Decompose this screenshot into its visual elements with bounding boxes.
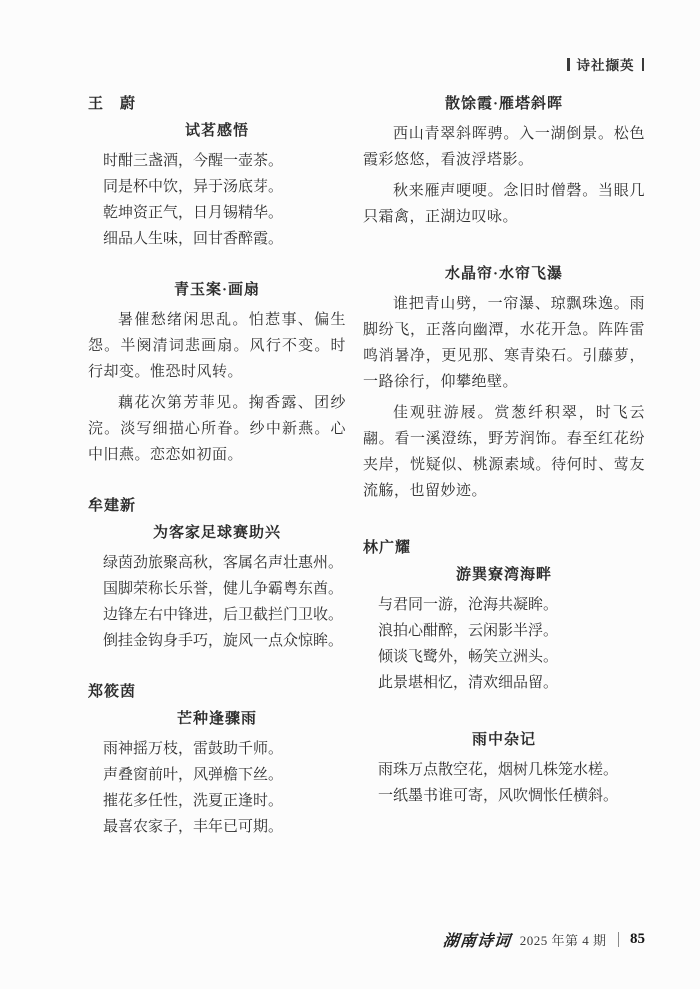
poem-line: 一纸墨书谁可寄，风吹惆怅任横斜。 xyxy=(363,783,645,809)
poem-title: 游巽寮湾海畔 xyxy=(363,563,645,584)
page-number: 85 xyxy=(630,931,645,948)
poem-title: 青玉案·画扇 xyxy=(88,278,346,299)
poem-san-yu-xia: 散馀霞·雁塔斜晖 西山青翠斜晖骋。入一湖倒景。松色霞彩悠悠，看波浮塔影。 秋来雁… xyxy=(363,92,645,230)
author-name-lin-guangyao: 林广耀 xyxy=(363,536,645,557)
poem-line: 倒挂金钩身手巧，旋风一点众惊眸。 xyxy=(88,628,346,654)
poem-line: 倾谈飞鹭外，畅笑立洲头。 xyxy=(363,644,645,670)
ci-paragraph: 暑催愁绪闲思乱。怕惹事、偏生怨。半阕清词悲画扇。风行不变。时行却变。惟恐时风转。 xyxy=(88,307,346,385)
poem-title: 雨中杂记 xyxy=(363,728,645,749)
page-content: 王 蔚 试茗感悟 时酣三盏酒，今醒一壶茶。 同是杯中饮，异于汤底芽。 乾坤资正气… xyxy=(88,92,645,840)
section-title: 诗社撷英 xyxy=(577,54,635,74)
author-name-mou-jianxin: 牟建新 xyxy=(88,494,346,515)
poem-qing-yu-an: 青玉案·画扇 暑催愁绪闲思乱。怕惹事、偏生怨。半阕清词悲画扇。风行不变。时行却变… xyxy=(88,278,346,468)
poem-shui-jing-lian: 水晶帘·水帘飞瀑 谁把青山劈，一帘瀑、琼飘珠逸。雨脚纷飞，正落向幽潭，水花开急。… xyxy=(363,262,645,504)
poem-line: 此景堪相忆，清欢细品留。 xyxy=(363,670,645,696)
poem-title: 为客家足球赛助兴 xyxy=(88,521,346,542)
poem-line: 与君同一游，沧海共凝眸。 xyxy=(363,592,645,618)
poem-line: 声叠窗前叶，风弹檐下丝。 xyxy=(88,762,346,788)
ci-paragraph: 谁把青山劈，一帘瀑、琼飘珠逸。雨脚纷飞，正落向幽潭，水花开急。阵阵雷鸣消暑净，更… xyxy=(363,291,645,395)
poem-title: 试茗感悟 xyxy=(88,119,346,140)
poem-line: 绿茵劲旅聚高秋，客属名声壮惠州。 xyxy=(88,550,346,576)
poem-line: 国脚荣称长乐誉，健儿争霸粤东酋。 xyxy=(88,576,346,602)
header-rule-left xyxy=(567,58,570,71)
running-head: 诗社撷英 xyxy=(567,54,644,74)
poem-line: 雨珠万点散空花，烟树几株笼水槎。 xyxy=(363,757,645,783)
author-name-wang-wei: 王 蔚 xyxy=(88,92,346,113)
left-column: 王 蔚 试茗感悟 时酣三盏酒，今醒一壶茶。 同是杯中饮，异于汤底芽。 乾坤资正气… xyxy=(88,92,346,840)
header-rule-right xyxy=(642,58,645,71)
poem-title: 水晶帘·水帘飞瀑 xyxy=(363,262,645,283)
poem-line: 边锋左右中锋进，后卫截拦门卫收。 xyxy=(88,602,346,628)
journal-name: 湖南诗词 xyxy=(442,928,512,951)
journal-page: 诗社撷英 王 蔚 试茗感悟 时酣三盏酒，今醒一壶茶。 同是杯中饮，异于汤底芽。 … xyxy=(0,0,700,989)
ci-paragraph: 秋来雁声哽哽。念旧时僧磬。当眼几只霜禽，正湖边叹咏。 xyxy=(363,178,645,230)
poem-line: 摧花多任性，洗夏正逢时。 xyxy=(88,788,346,814)
page-footer: 湖南诗词 2025 年第 4 期 85 xyxy=(443,928,645,951)
poem-line: 乾坤资正气，日月锡精华。 xyxy=(88,200,346,226)
poem-line: 雨神摇万枝，雷鼓助千师。 xyxy=(88,736,346,762)
author-name-zheng-xiaoyin: 郑筱茵 xyxy=(88,680,346,701)
ci-paragraph: 西山青翠斜晖骋。入一湖倒景。松色霞彩悠悠，看波浮塔影。 xyxy=(363,121,645,173)
poem-line: 同是杯中饮，异于汤底芽。 xyxy=(88,174,346,200)
poem-mang-zhong: 芒种逢骤雨 雨神摇万枝，雷鼓助千师。 声叠窗前叶，风弹檐下丝。 摧花多任性，洗夏… xyxy=(88,707,346,840)
poem-line: 时酣三盏酒，今醒一壶茶。 xyxy=(88,148,346,174)
poem-title: 芒种逢骤雨 xyxy=(88,707,346,728)
poem-football: 为客家足球赛助兴 绿茵劲旅聚高秋，客属名声壮惠州。 国脚荣称长乐誉，健儿争霸粤东… xyxy=(88,521,346,654)
ci-paragraph: 藕花次第芳菲见。掬香露、团纱浣。淡写细描心所眷。纱中新燕。心中旧燕。恋恋如初面。 xyxy=(88,390,346,468)
poem-title: 散馀霞·雁塔斜晖 xyxy=(363,92,645,113)
poem-line: 细品人生味，回甘香醉霞。 xyxy=(88,226,346,252)
poem-rain-notes: 雨中杂记 雨珠万点散空花，烟树几株笼水槎。 一纸墨书谁可寄，风吹惆怅任横斜。 xyxy=(363,728,645,809)
ci-paragraph: 佳观驻游屐。赏葱纤积翠，时飞云翮。看一溪澄练，野芳润饰。春至红花纷夹岸，恍疑似、… xyxy=(363,400,645,504)
poem-line: 浪拍心酣醉，云闲影半浮。 xyxy=(363,618,645,644)
poem-shi-ming-gan-wu: 试茗感悟 时酣三盏酒，今醒一壶茶。 同是杯中饮，异于汤底芽。 乾坤资正气，日月锡… xyxy=(88,119,346,252)
poem-line: 最喜农家子，丰年已可期。 xyxy=(88,814,346,840)
right-column: 散馀霞·雁塔斜晖 西山青翠斜晖骋。入一湖倒景。松色霞彩悠悠，看波浮塔影。 秋来雁… xyxy=(363,92,645,840)
issue-label: 2025 年第 4 期 xyxy=(520,930,607,949)
footer-rule xyxy=(618,932,620,947)
poem-xunliao-bay: 游巽寮湾海畔 与君同一游，沧海共凝眸。 浪拍心酣醉，云闲影半浮。 倾谈飞鹭外，畅… xyxy=(363,563,645,696)
